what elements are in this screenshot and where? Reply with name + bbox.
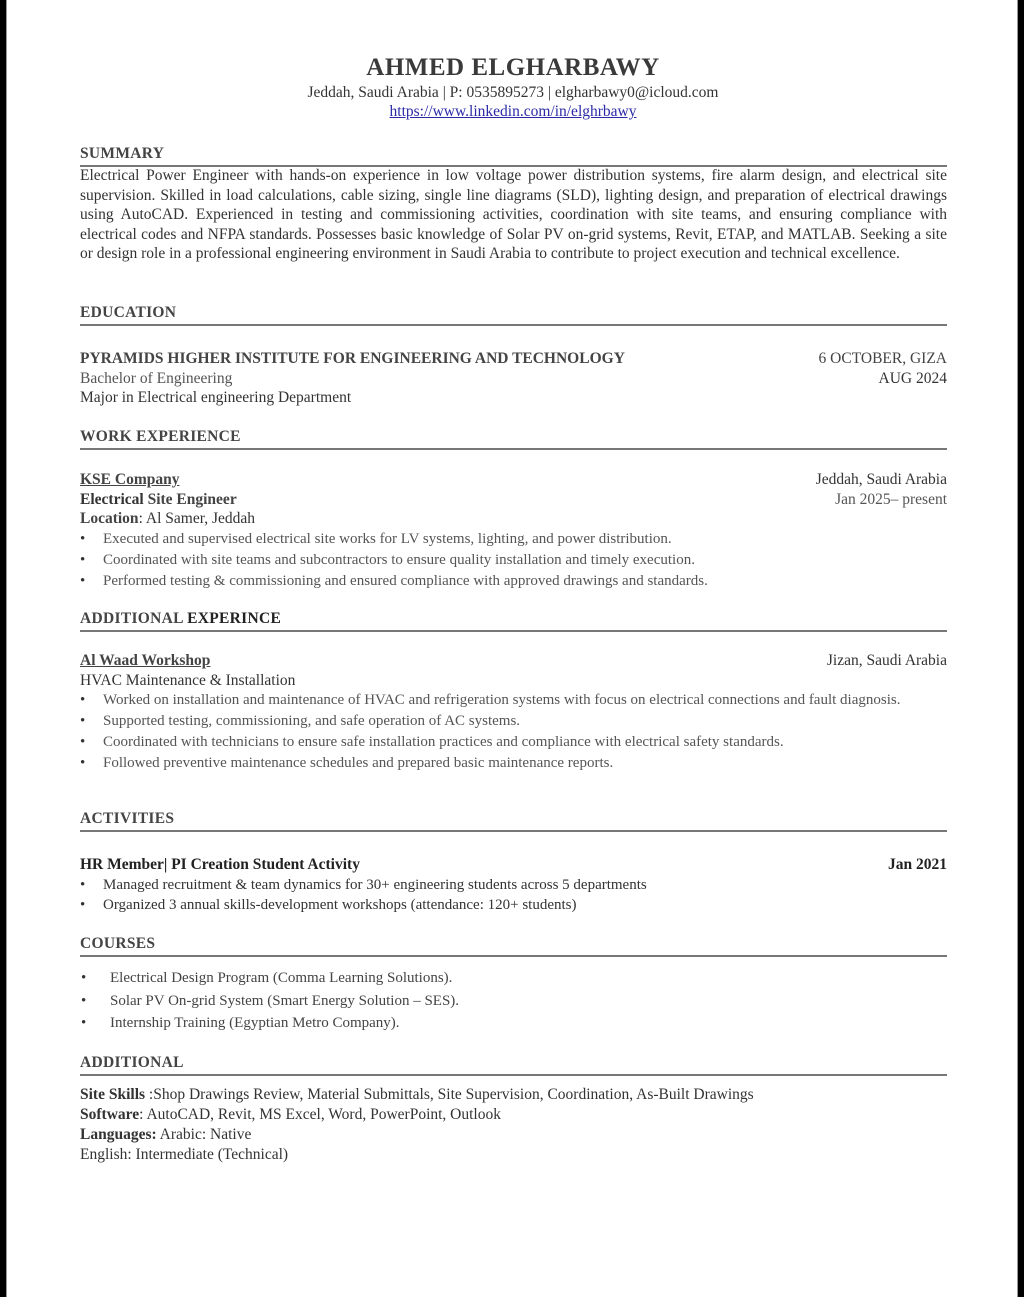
list-item: Supported testing, commissioning, and sa…	[80, 711, 947, 732]
contact-line: Jeddah, Saudi Arabia | P: 0535895273 | e…	[7, 83, 1019, 102]
list-item: Coordinated with technicians to ensure s…	[80, 732, 947, 753]
work-title: Electrical Site Engineer	[80, 490, 237, 510]
software-skills: Software: AutoCAD, Revit, MS Excel, Word…	[80, 1105, 947, 1125]
site-skills: Site Skills :Shop Drawings Review, Mater…	[80, 1085, 947, 1105]
work-bullets: Executed and supervised electrical site …	[80, 529, 947, 592]
list-item: Internship Training (Egyptian Metro Comp…	[80, 1012, 947, 1035]
list-item: Executed and supervised electrical site …	[80, 529, 947, 550]
work-dates: Jan 2025– present	[835, 490, 947, 510]
work-company: KSE Company	[80, 470, 180, 490]
section-divider	[80, 324, 947, 326]
additional-company: Al Waad Workshop	[80, 651, 210, 671]
linkedin-link[interactable]: https://www.linkedin.com/in/elghrbawy	[390, 103, 637, 120]
courses-list: Electrical Design Program (Comma Learnin…	[80, 967, 947, 1035]
resume-header: AHMED ELGHARBAWY Jeddah, Saudi Arabia | …	[7, 53, 1019, 122]
section-heading-additional: ADDITIONAL	[80, 1054, 947, 1076]
list-item: Coordinated with site teams and subcontr…	[80, 550, 947, 571]
activity-title: HR Member| PI Creation Student Activity	[80, 855, 360, 875]
list-item: Worked on installation and maintenance o…	[80, 690, 947, 711]
section-divider	[80, 1074, 947, 1076]
contact-email[interactable]: elgharbawy0@icloud.com	[555, 84, 719, 101]
activity-date: Jan 2021	[888, 855, 947, 875]
separator: |	[443, 84, 446, 101]
section-divider	[80, 955, 947, 957]
section-divider	[80, 448, 947, 450]
languages: Languages: Arabic: Native	[80, 1125, 947, 1145]
summary-text: Electrical Power Engineer with hands-on …	[80, 166, 947, 264]
additional-experience-entry: Al Waad Workshop Jizan, Saudi Arabia HVA…	[80, 651, 947, 774]
education-date: AUG 2024	[879, 369, 947, 389]
education-place: 6 OCTOBER, GIZA	[819, 349, 947, 369]
education-institution: PYRAMIDS HIGHER INSTITUTE FOR ENGINEERIN…	[80, 349, 625, 369]
additional-role: HVAC Maintenance & Installation	[80, 671, 947, 691]
work-entry: KSE Company Jeddah, Saudi Arabia Electri…	[80, 470, 947, 592]
additional-place: Jizan, Saudi Arabia	[827, 651, 947, 671]
section-heading-education: EDUCATION	[80, 304, 947, 326]
additional-info: Site Skills :Shop Drawings Review, Mater…	[80, 1085, 947, 1165]
section-heading-courses: COURSES	[80, 935, 947, 957]
work-place: Jeddah, Saudi Arabia	[816, 470, 947, 490]
section-heading-additional-experience: ADDITIONAL EXPERINCE	[80, 610, 947, 632]
list-item: Electrical Design Program (Comma Learnin…	[80, 967, 947, 990]
section-heading-work-experience: WORK EXPERIENCE	[80, 428, 947, 450]
contact-location: Jeddah, Saudi Arabia	[308, 84, 439, 101]
list-item: Organized 3 annual skills-development wo…	[80, 895, 947, 915]
additional-bullets: Worked on installation and maintenance o…	[80, 690, 947, 774]
work-location: Location: Al Samer, Jeddah	[80, 509, 947, 529]
section-divider	[80, 830, 947, 832]
list-item: Followed preventive maintenance schedule…	[80, 753, 947, 774]
separator: |	[548, 84, 551, 101]
list-item: Managed recruitment & team dynamics for …	[80, 875, 947, 895]
section-divider	[80, 630, 947, 632]
english-level: English: Intermediate (Technical)	[80, 1145, 947, 1165]
education-entry: PYRAMIDS HIGHER INSTITUTE FOR ENGINEERIN…	[80, 349, 947, 408]
education-degree: Bachelor of Engineering	[80, 369, 232, 389]
candidate-name: AHMED ELGHARBAWY	[7, 53, 1019, 83]
activity-bullets: Managed recruitment & team dynamics for …	[80, 875, 947, 915]
list-item: Solar PV On-grid System (Smart Energy So…	[80, 990, 947, 1013]
section-heading-summary: SUMMARY	[80, 145, 947, 167]
list-item: Performed testing & commissioning and en…	[80, 571, 947, 592]
education-major: Major in Electrical engineering Departme…	[80, 388, 947, 408]
section-heading-activities: ACTIVITIES	[80, 810, 947, 832]
contact-phone: P: 0535895273	[450, 84, 544, 101]
resume-page: AHMED ELGHARBAWY Jeddah, Saudi Arabia | …	[6, 0, 1018, 1297]
activity-entry: HR Member| PI Creation Student Activity …	[80, 855, 947, 915]
